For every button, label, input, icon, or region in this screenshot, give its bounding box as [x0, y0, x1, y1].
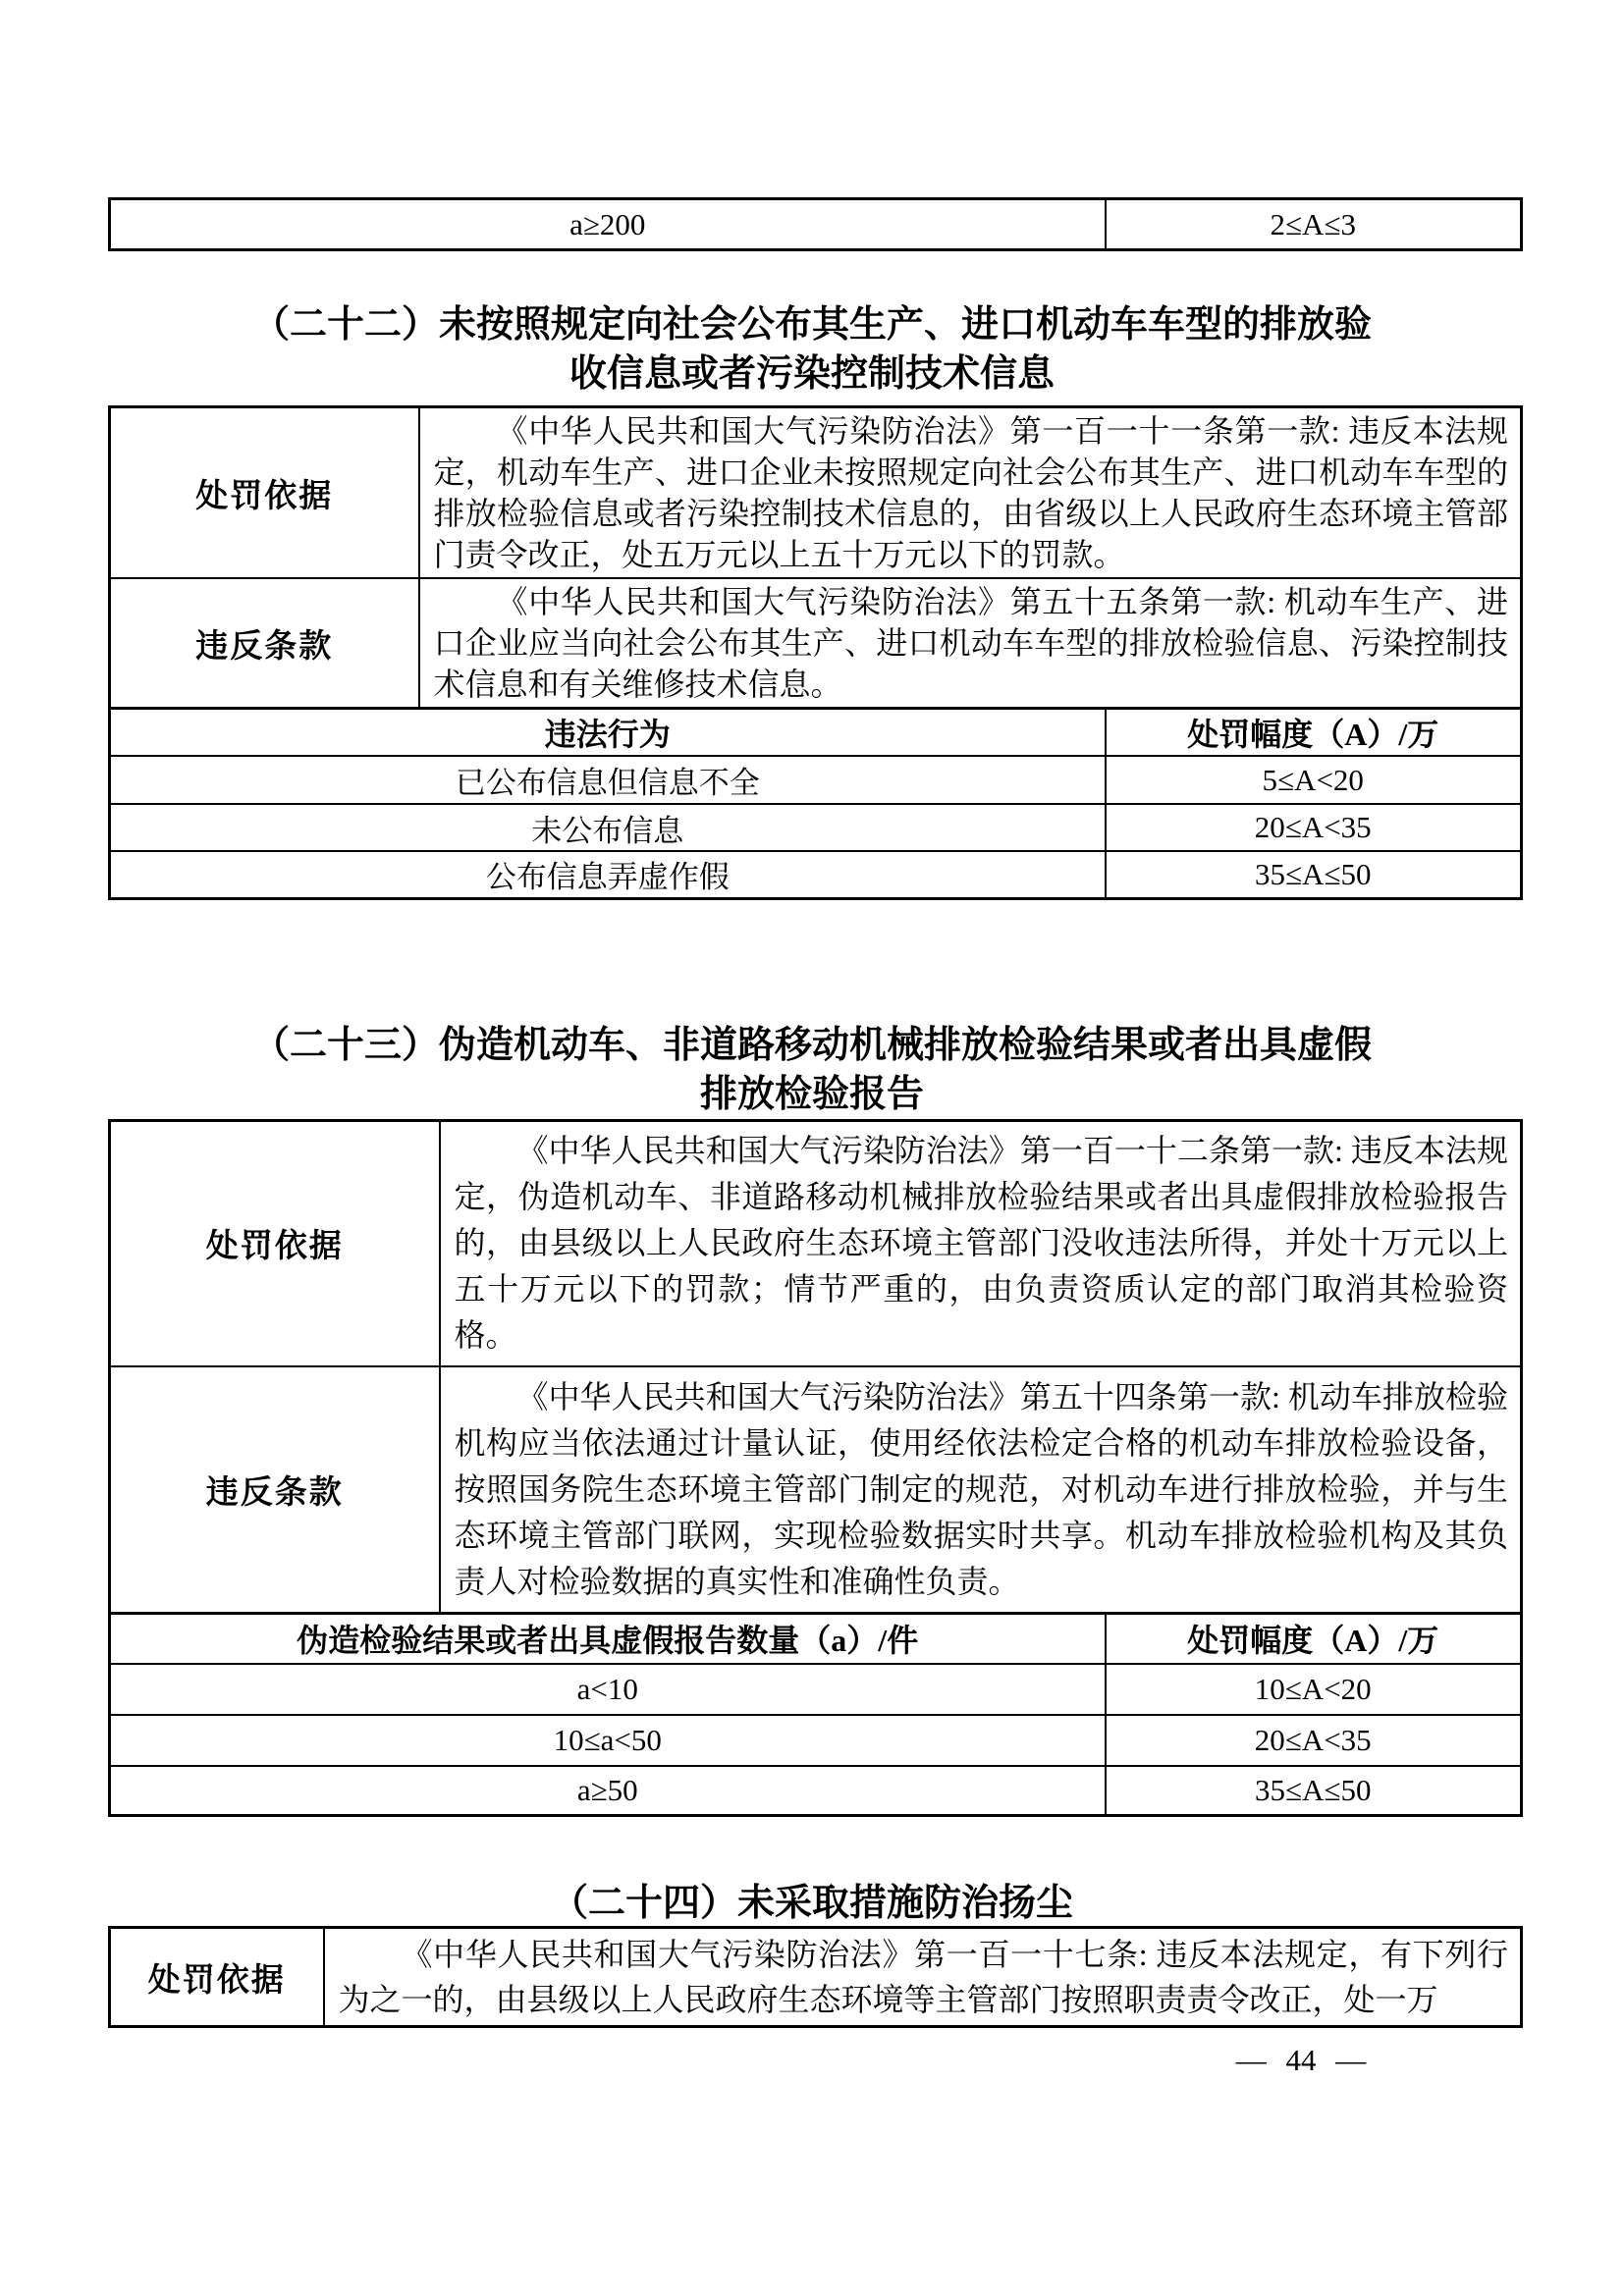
range-cell: 20≤A<35	[1106, 804, 1522, 851]
range-cell: 2≤A≤3	[1106, 199, 1522, 250]
basis-text-cell: 《中华人民共和国大气污染防治法》第一百一十一条第一款: 违反本法规定，机动车生产…	[419, 407, 1522, 579]
basis-label: 处罚依据	[110, 1121, 440, 1366]
violation-row: 违反条款 《中华人民共和国大气污染防治法》第五十四条第一款: 机动车排放检验机构…	[110, 1366, 1522, 1614]
violation-text-cell: 《中华人民共和国大气污染防治法》第五十四条第一款: 机动车排放检验机构应当依法通…	[440, 1366, 1522, 1614]
basis-row: 处罚依据 《中华人民共和国大气污染防治法》第一百一十七条: 违反本法规定，有下列…	[110, 1928, 1522, 2027]
continuation-table: a≥200 2≤A≤3	[108, 197, 1523, 251]
heading-line-1: （二十四）未采取措施防治扬尘	[0, 1879, 1624, 1928]
basis-label: 处罚依据	[110, 1928, 324, 2027]
page-number: — 44 —	[1183, 2043, 1419, 2078]
range-cell: 35≤A≤50	[1106, 851, 1522, 898]
basis-text: 《中华人民共和国大气污染防治法》第一百一十二条第一款: 违反本法规定，伪造机动车…	[455, 1128, 1509, 1359]
violation-text: 《中华人民共和国大气污染防治法》第五十四条第一款: 机动车排放检验机构应当依法通…	[455, 1374, 1509, 1605]
section-24-table: 处罚依据 《中华人民共和国大气污染防治法》第一百一十七条: 违反本法规定，有下列…	[108, 1926, 1523, 2028]
penalty-row: a≥50 35≤A≤50	[110, 1766, 1522, 1816]
section-23-heading: （二十三）伪造机动车、非道路移动机械排放检验结果或者出具虚假 排放检验报告	[0, 1021, 1624, 1119]
penalty-row: 公布信息弄虚作假 35≤A≤50	[110, 851, 1522, 898]
quantity-cell: a≥200	[110, 199, 1106, 250]
violation-label: 违反条款	[110, 1366, 440, 1614]
heading-line-2: 排放检验报告	[0, 1070, 1624, 1119]
penalty-row: 已公布信息但信息不全 5≤A<20	[110, 756, 1522, 804]
behavior-cell: a≥50	[110, 1766, 1106, 1816]
behavior-cell: 未公布信息	[110, 804, 1106, 851]
penalty-header-row: 伪造检验结果或者出具虚假报告数量（a）/件 处罚幅度（A）/万	[110, 1614, 1522, 1664]
basis-label: 处罚依据	[110, 407, 419, 579]
section-22-table: 处罚依据 《中华人民共和国大气污染防治法》第一百一十一条第一款: 违反本法规定，…	[108, 405, 1523, 900]
behavior-cell: 公布信息弄虚作假	[110, 851, 1106, 898]
behavior-cell: 已公布信息但信息不全	[110, 756, 1106, 804]
violation-text: 《中华人民共和国大气污染防治法》第五十五条第一款: 机动车生产、进口企业应当向社…	[434, 581, 1509, 705]
range-column-header: 处罚幅度（A）/万	[1106, 1614, 1522, 1664]
section-24-heading: （二十四）未采取措施防治扬尘	[0, 1879, 1624, 1928]
range-cell: 5≤A<20	[1106, 756, 1522, 804]
behavior-column-header: 伪造检验结果或者出具虚假报告数量（a）/件	[110, 1614, 1106, 1664]
violation-text-cell: 《中华人民共和国大气污染防治法》第五十五条第一款: 机动车生产、进口企业应当向社…	[419, 578, 1522, 709]
basis-text-cell: 《中华人民共和国大气污染防治法》第一百一十七条: 违反本法规定，有下列行为之一的…	[324, 1928, 1522, 2027]
basis-text-cell: 《中华人民共和国大气污染防治法》第一百一十二条第一款: 违反本法规定，伪造机动车…	[440, 1121, 1522, 1366]
basis-row: 处罚依据 《中华人民共和国大气污染防治法》第一百一十一条第一款: 违反本法规定，…	[110, 407, 1522, 579]
basis-text: 《中华人民共和国大气污染防治法》第一百一十七条: 违反本法规定，有下列行为之一的…	[339, 1932, 1509, 2022]
behavior-cell: 10≤a<50	[110, 1715, 1106, 1766]
behavior-cell: a<10	[110, 1664, 1106, 1715]
table-row: a≥200 2≤A≤3	[110, 199, 1522, 250]
range-cell: 35≤A≤50	[1106, 1766, 1522, 1816]
penalty-row: 未公布信息 20≤A<35	[110, 804, 1522, 851]
penalty-row: 10≤a<50 20≤A<35	[110, 1715, 1522, 1766]
heading-line-1: （二十三）伪造机动车、非道路移动机械排放检验结果或者出具虚假	[0, 1021, 1624, 1070]
document-page: a≥200 2≤A≤3 （二十二）未按照规定向社会公布其生产、进口机动车车型的排…	[0, 0, 1624, 2296]
behavior-column-header: 违法行为	[110, 709, 1106, 757]
section-22-heading: （二十二）未按照规定向社会公布其生产、进口机动车车型的排放验 收信息或者污染控制…	[0, 300, 1624, 399]
penalty-header-row: 违法行为 处罚幅度（A）/万	[110, 709, 1522, 757]
basis-text: 《中华人民共和国大气污染防治法》第一百一十一条第一款: 违反本法规定，机动车生产…	[434, 410, 1509, 575]
section-23-table: 处罚依据 《中华人民共和国大气污染防治法》第一百一十二条第一款: 违反本法规定，…	[108, 1119, 1523, 1817]
heading-line-2: 收信息或者污染控制技术信息	[0, 349, 1624, 399]
heading-line-1: （二十二）未按照规定向社会公布其生产、进口机动车车型的排放验	[0, 300, 1624, 349]
violation-row: 违反条款 《中华人民共和国大气污染防治法》第五十五条第一款: 机动车生产、进口企…	[110, 578, 1522, 709]
range-column-header: 处罚幅度（A）/万	[1106, 709, 1522, 757]
basis-row: 处罚依据 《中华人民共和国大气污染防治法》第一百一十二条第一款: 违反本法规定，…	[110, 1121, 1522, 1366]
violation-label: 违反条款	[110, 578, 419, 709]
range-cell: 20≤A<35	[1106, 1715, 1522, 1766]
range-cell: 10≤A<20	[1106, 1664, 1522, 1715]
penalty-row: a<10 10≤A<20	[110, 1664, 1522, 1715]
